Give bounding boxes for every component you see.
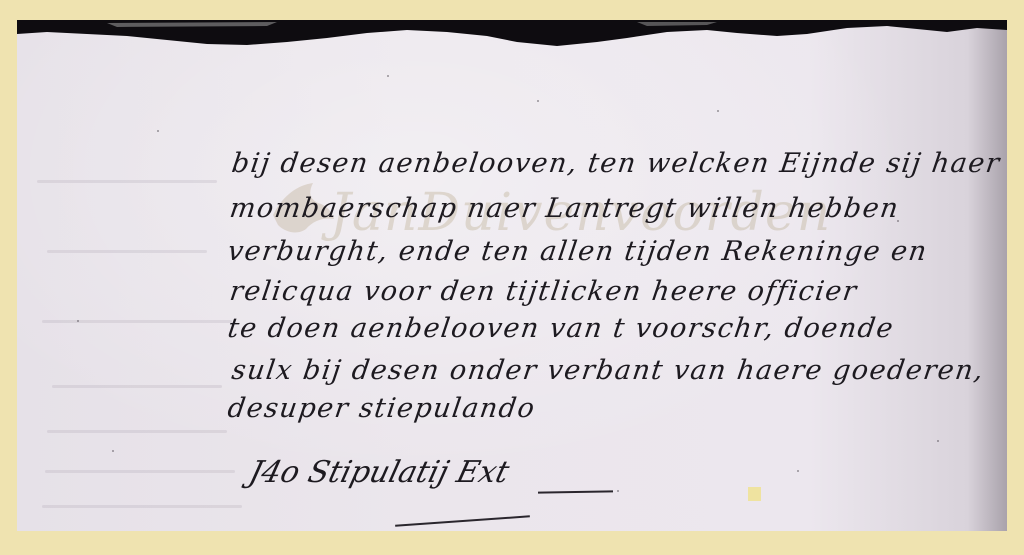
- manuscript-line-7: desuper stiepulando: [226, 393, 538, 424]
- bleed-through-line: [37, 180, 217, 183]
- highlight-marker: [748, 487, 761, 501]
- manuscript-line-1: bij desen aenbelooven, ten welcken Eijnd…: [230, 148, 1003, 179]
- paper-speck: [77, 320, 79, 322]
- paper-speck: [797, 470, 799, 472]
- page-frame: JanDuivenvoorden bij desen aenbelooven, …: [0, 0, 1024, 555]
- manuscript-line-3: verburght, ende ten allen tijden Rekenin…: [226, 236, 930, 267]
- paper-speck: [937, 440, 939, 442]
- paper-speck: [387, 75, 389, 77]
- bleed-through-line: [52, 385, 222, 388]
- manuscript-line-2: mombaerschap naer Lantregt willen hebben: [228, 193, 902, 224]
- bleed-through-line: [42, 505, 242, 508]
- paper-speck: [717, 110, 719, 112]
- manuscript-line-6: sulx bij desen onder verbant van haere g…: [230, 355, 987, 386]
- bleed-through-line: [47, 250, 207, 253]
- bleed-through-line: [42, 320, 232, 323]
- manuscript-line-4: relicqua voor den tijtlicken heere offic…: [228, 276, 860, 307]
- paper-speck: [157, 130, 159, 132]
- paper-speck: [617, 490, 619, 492]
- signature: J4o Stipulatij Ext: [246, 455, 513, 490]
- bleed-through-line: [47, 430, 227, 433]
- torn-top-edge: [17, 20, 1007, 46]
- paper-speck: [112, 450, 114, 452]
- manuscript-line-5: te doen aenbelooven van t voorschr, doen…: [226, 313, 896, 344]
- bleed-through-line: [45, 470, 235, 473]
- paper-speck: [537, 100, 539, 102]
